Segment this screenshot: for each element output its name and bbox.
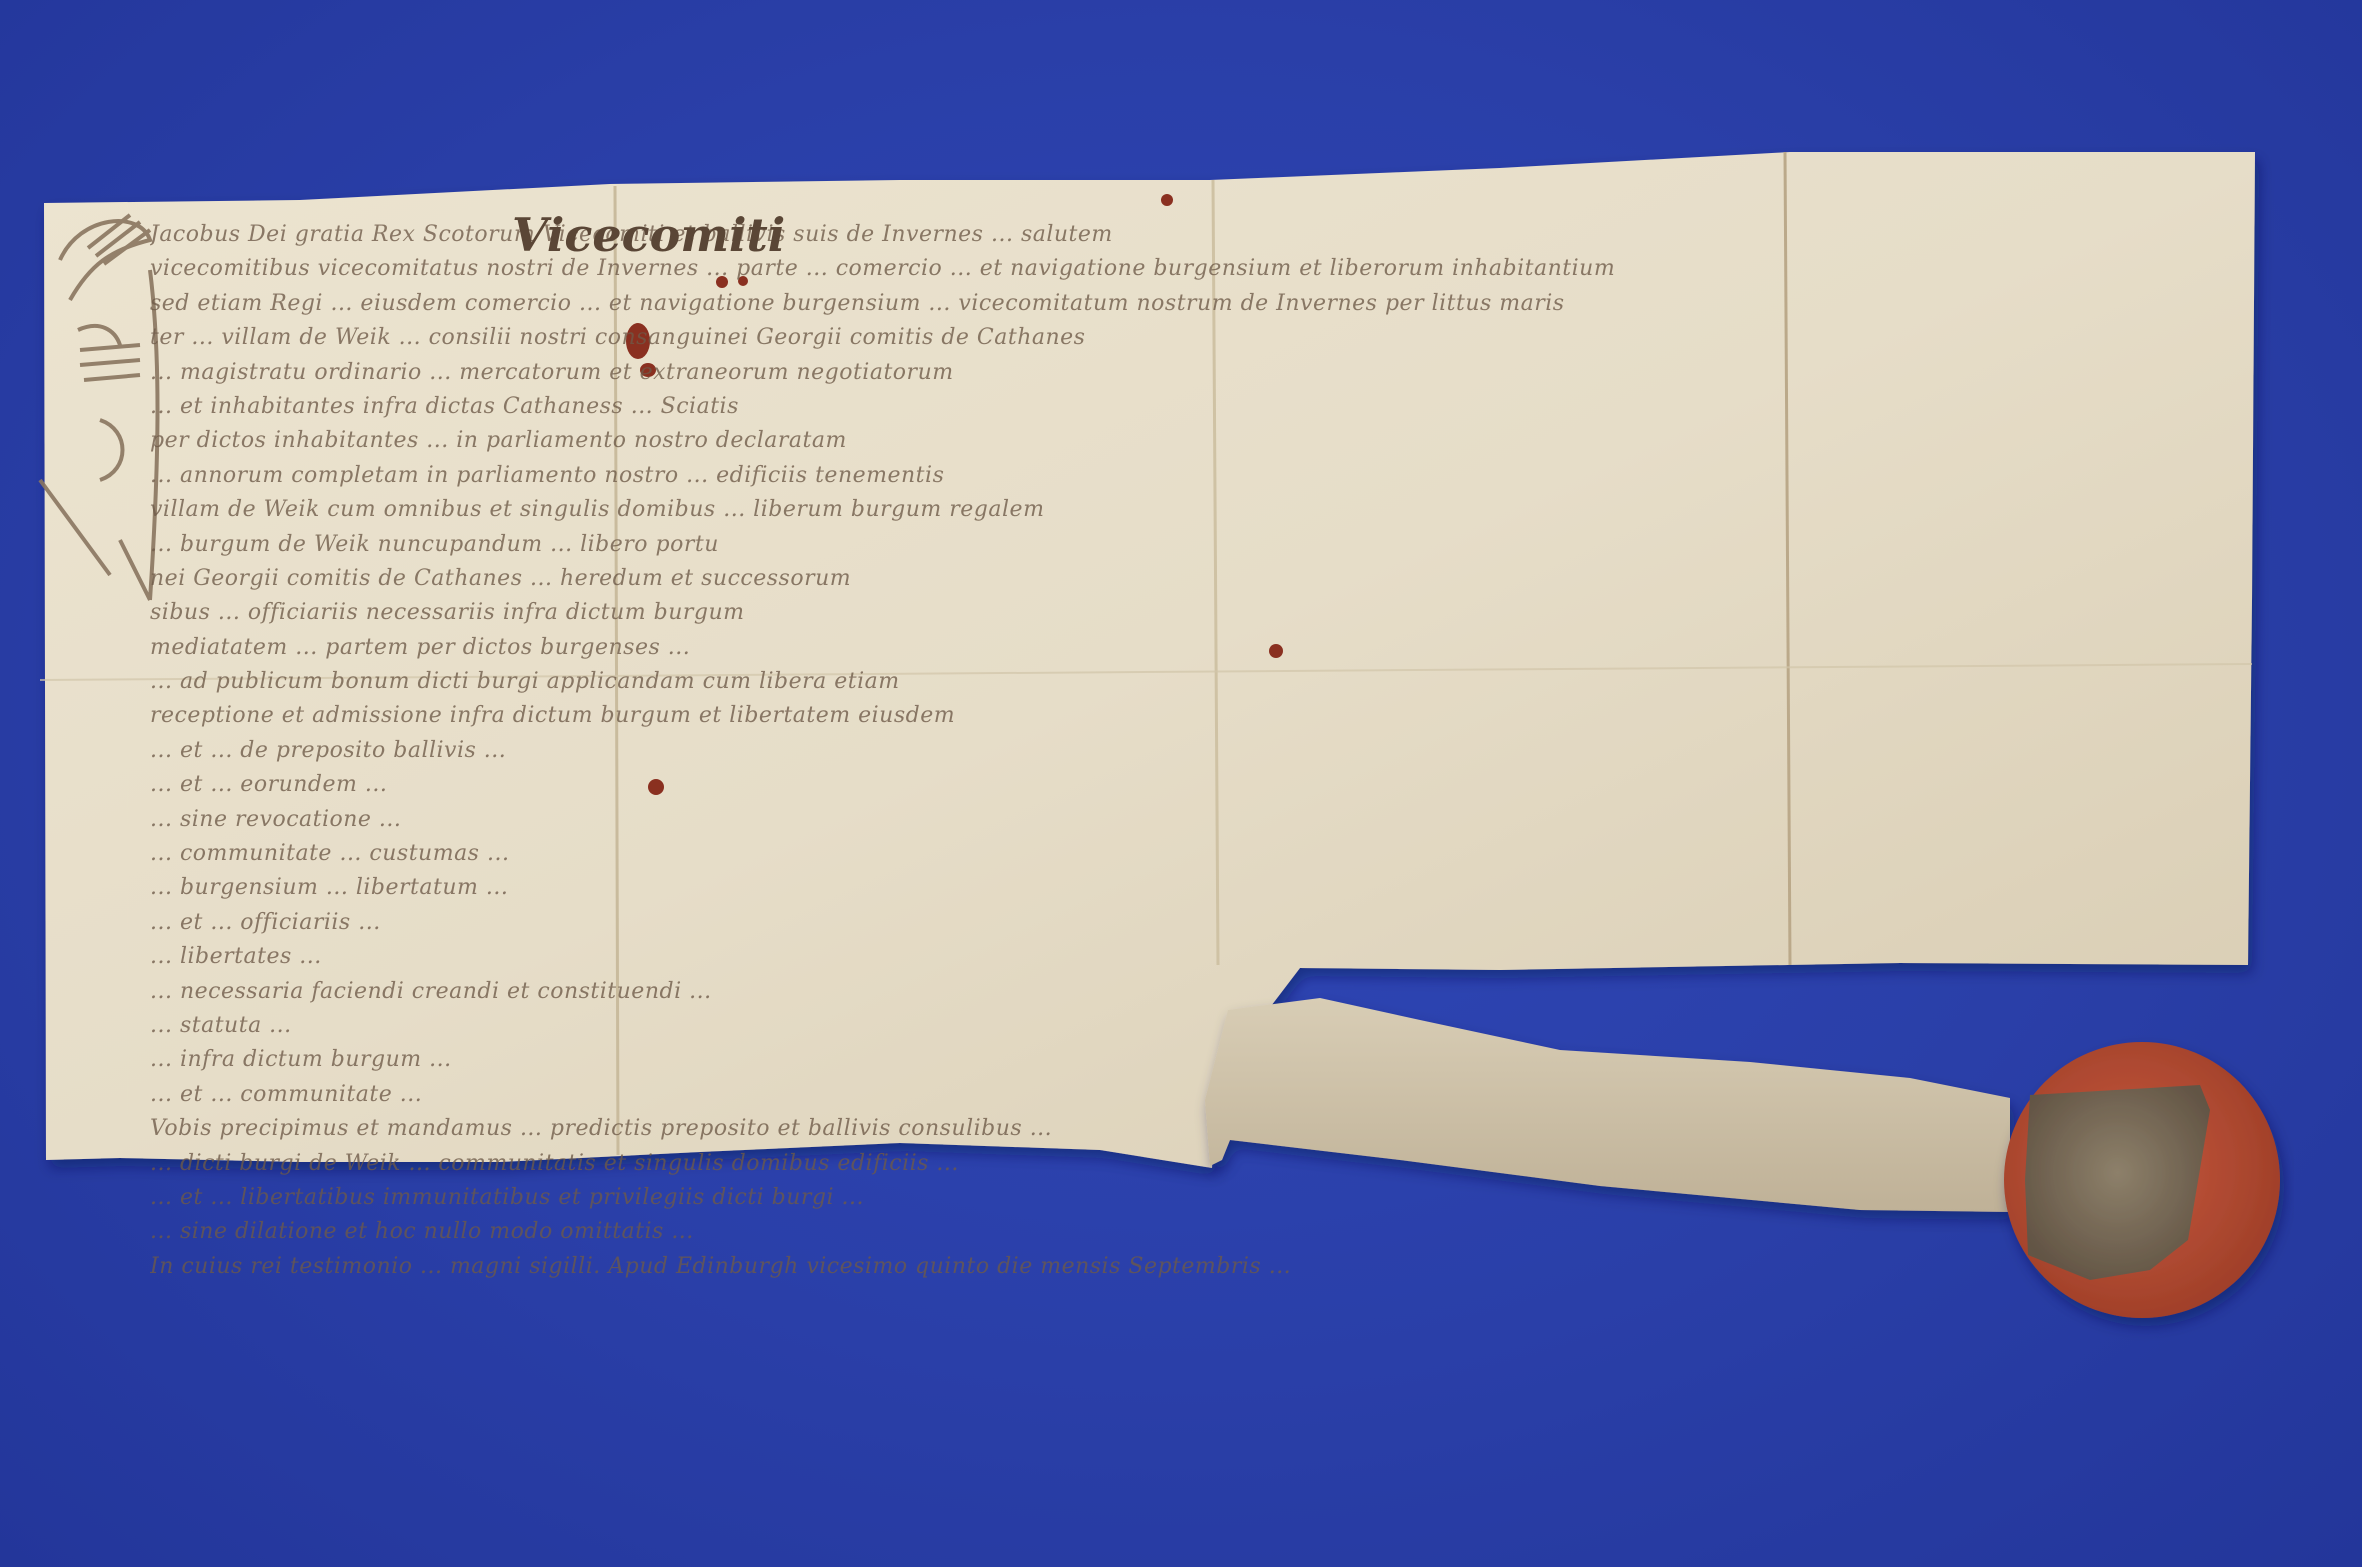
text-line: ... sine revocatione ... (150, 803, 2230, 837)
text-line: ... et ... de preposito ballivis ... (150, 734, 2230, 768)
highlighted-word: Vicecomiti (512, 208, 785, 262)
text-line: Jacobus Dei gratia Rex Scotorum Vicecomi… (150, 218, 2230, 252)
text-line: villam de Weik cum omnibus et singulis d… (150, 493, 2230, 527)
photo-scene: Jacobus Dei gratia Rex Scotorum Vicecomi… (0, 0, 2362, 1567)
text-line: ... ad publicum bonum dicti burgi applic… (150, 665, 2230, 699)
text-line: ... et ... officiariis ... (150, 906, 2230, 940)
text-line: ... infra dictum burgum ... (150, 1043, 2230, 1077)
text-line: ... dicti burgi de Weik ... communitatis… (150, 1147, 2230, 1181)
charter-text: Jacobus Dei gratia Rex Scotorum Vicecomi… (150, 218, 2230, 1284)
text-line: ... libertates ... (150, 940, 2230, 974)
text-line: sibus ... officiariis necessariis infra … (150, 596, 2230, 630)
text-line: ... sine dilatione et hoc nullo modo omi… (150, 1215, 2230, 1249)
text-line: nei Georgii comitis de Cathanes ... here… (150, 562, 2230, 596)
text-line: In cuius rei testimonio ... magni sigill… (150, 1250, 2230, 1284)
text-line: vicecomitibus vicecomitatus nostri de In… (150, 252, 2230, 286)
text-line: ... necessaria faciendi creandi et const… (150, 975, 2230, 1009)
text-line: ... communitate ... custumas ... (150, 837, 2230, 871)
text-line: ... et ... libertatibus immunitatibus et… (150, 1181, 2230, 1215)
text-line: mediatatem ... partem per dictos burgens… (150, 631, 2230, 665)
text-line: per dictos inhabitantes ... in parliamen… (150, 424, 2230, 458)
text-line: ... magistratu ordinario ... mercatorum … (150, 356, 2230, 390)
text-line: ... burgum de Weik nuncupandum ... liber… (150, 528, 2230, 562)
text-line: ... et ... eorundem ... (150, 768, 2230, 802)
charter-document: Jacobus Dei gratia Rex Scotorum Vicecomi… (0, 0, 2362, 1567)
text-line: receptione et admissione infra dictum bu… (150, 699, 2230, 733)
text-line: Vobis precipimus et mandamus ... predict… (150, 1112, 2230, 1146)
text-line: ... et inhabitantes infra dictas Cathane… (150, 390, 2230, 424)
text-line: ... burgensium ... libertatum ... (150, 871, 2230, 905)
text-line: ... annorum completam in parliamento nos… (150, 459, 2230, 493)
text-line: ... statuta ... (150, 1009, 2230, 1043)
text-line: ... et ... communitate ... (150, 1078, 2230, 1112)
text-line: sed etiam Regi ... eiusdem comercio ... … (150, 287, 2230, 321)
text-line: ter ... villam de Weik ... consilii nost… (150, 321, 2230, 355)
